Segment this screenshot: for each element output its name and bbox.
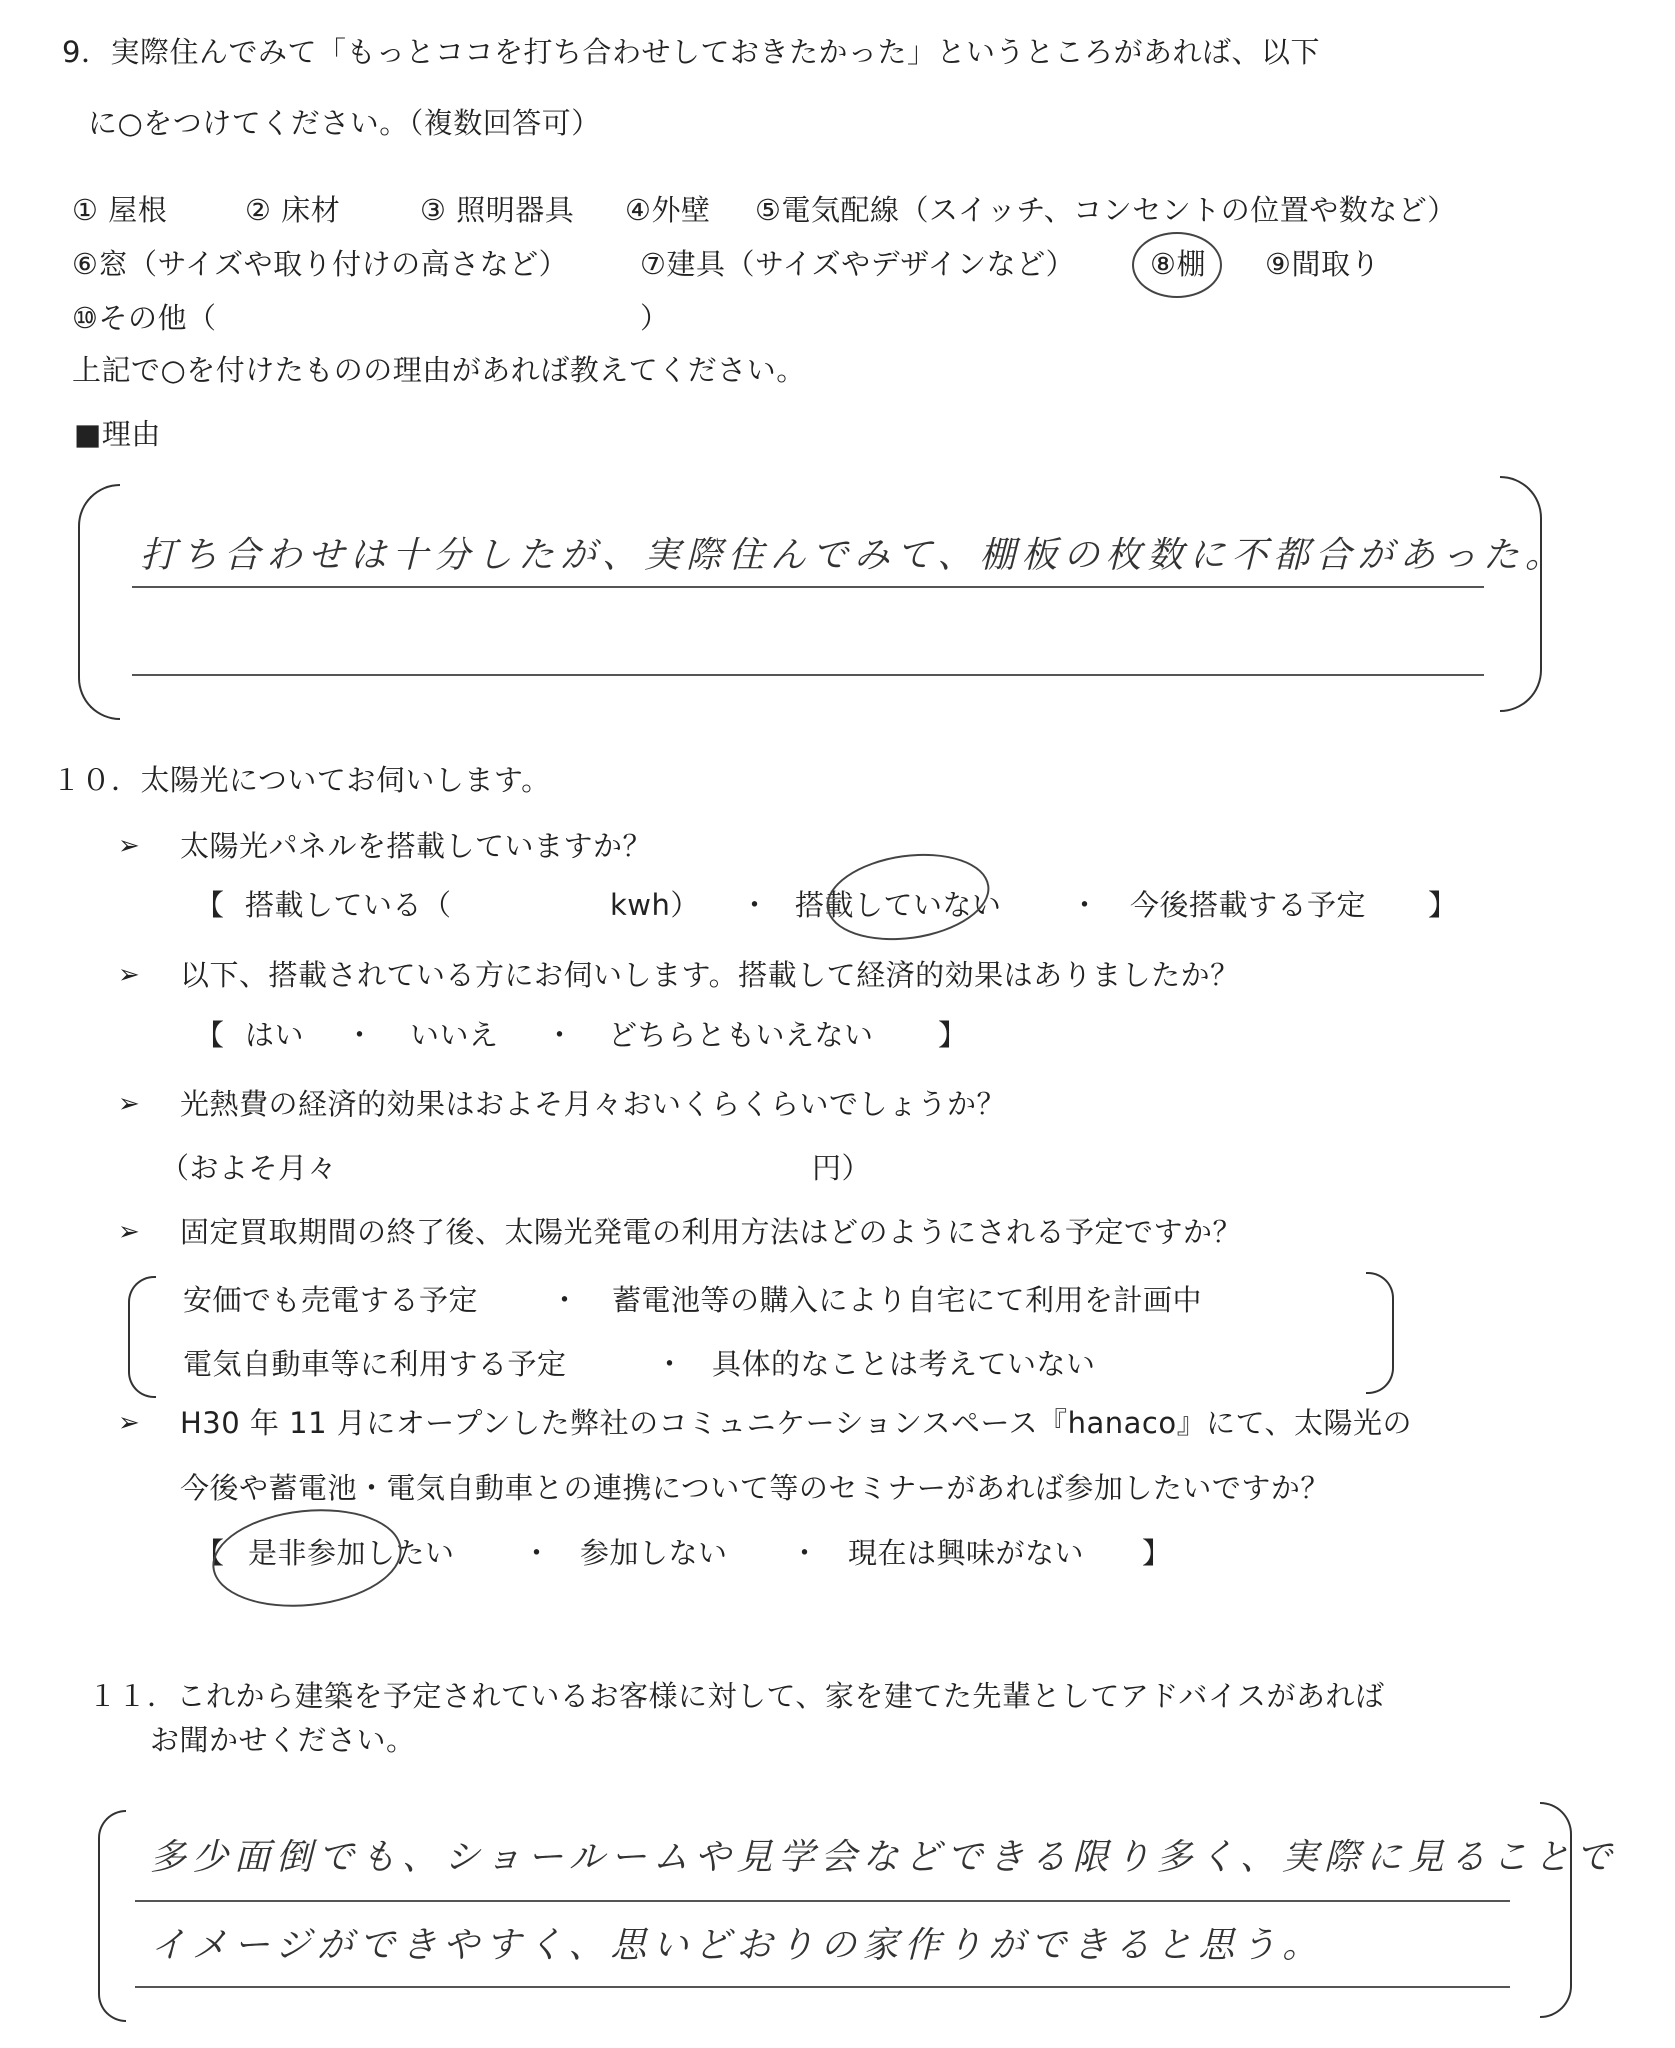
q10-sub1-kwh-unit: kwh） bbox=[610, 887, 700, 923]
q10-sub2-separator: ・ bbox=[345, 1017, 375, 1053]
q10-sub1-question: 太陽光パネルを搭載していますか？ bbox=[180, 828, 652, 864]
q9-title-line2: に○をつけてください。（複数回答可） bbox=[88, 105, 601, 141]
q10-sub3-question: 光熱費の経済的効果はおよそ月々おいくらくらいでしょうか？ bbox=[180, 1086, 1006, 1122]
q9-option-wiring[interactable]: ⑤電気配線（スイッチ、コンセントの位置や数など） bbox=[755, 192, 1457, 228]
q9-answer-bracket-right bbox=[1500, 476, 1542, 712]
q10-sub2-option-neither[interactable]: どちらともいえない bbox=[608, 1017, 874, 1053]
bullet-arrow-icon: ➢ bbox=[118, 828, 140, 864]
q10-sub2-option-yes[interactable]: はい bbox=[245, 1017, 304, 1053]
q10-sub2-bracket-close: 】 bbox=[938, 1017, 968, 1053]
q10-sub5-option-not-attend[interactable]: 参加しない bbox=[580, 1535, 728, 1571]
q9-reason-prompt: 上記で○を付けたものの理由があれば教えてください。 bbox=[72, 352, 806, 388]
q10-sub3-answer-suffix: 円） bbox=[812, 1150, 871, 1186]
q10-sub1-separator: ・ bbox=[740, 887, 770, 923]
q11-answer-rule-2 bbox=[135, 1986, 1510, 1988]
q10-sub5-option-no-interest[interactable]: 現在は興味がない bbox=[848, 1535, 1084, 1571]
q10-title: １０．太陽光についてお伺いします。 bbox=[52, 762, 551, 798]
q10-sub5-question-line1: H30 年 11 月にオープンした弊社のコミュニケーションスペース『hanaco… bbox=[180, 1405, 1412, 1441]
q9-option-other-label[interactable]: ⑩その他（ bbox=[72, 300, 217, 336]
q9-answer-line-2 bbox=[132, 674, 1484, 676]
q10-sub3-answer-prefix: （およそ月々 bbox=[160, 1150, 337, 1186]
q10-sub5-question-line2: 今後や蓄電池・電気自動車との連携について等のセミナーがあれば参加したいですか？ bbox=[180, 1470, 1330, 1506]
q11-answer-rule-1 bbox=[135, 1900, 1510, 1902]
q10-sub1-selected-circle-mark bbox=[821, 844, 995, 950]
q10-sub1-option-planned[interactable]: 今後搭載する予定 bbox=[1130, 887, 1366, 923]
bullet-arrow-icon: ➢ bbox=[118, 1405, 140, 1441]
q10-sub1-bracket-close: 】 bbox=[1428, 887, 1458, 923]
q10-sub5-selected-circle-mark bbox=[208, 1500, 407, 1615]
q10-sub4-question: 固定買取期間の終了後、太陽光発電の利用方法はどのようにされる予定ですか？ bbox=[180, 1214, 1242, 1250]
q10-sub2-question: 以下、搭載されている方にお伺いします。搭載して経済的効果はありましたか？ bbox=[180, 957, 1240, 993]
q11-title-line2: お聞かせください。 bbox=[150, 1722, 416, 1758]
q10-sub1-bracket-open: 【 bbox=[195, 887, 225, 923]
q10-sub4-option-ev[interactable]: 電気自動車等に利用する予定 bbox=[183, 1346, 567, 1382]
q9-reason-answer-line1[interactable]: 打ち合わせは十分したが、実際住んでみて、棚板の枚数に不都合があった。 bbox=[140, 534, 1567, 578]
q10-sub4-separator: ・ bbox=[550, 1282, 580, 1318]
q10-sub2-separator: ・ bbox=[545, 1017, 575, 1053]
bullet-arrow-icon: ➢ bbox=[118, 1086, 140, 1122]
bullet-arrow-icon: ➢ bbox=[118, 957, 140, 993]
q10-sub4-separator: ・ bbox=[655, 1346, 685, 1382]
q9-option-exterior-wall[interactable]: ④外壁 bbox=[625, 192, 711, 228]
bullet-arrow-icon: ➢ bbox=[118, 1214, 140, 1250]
q10-sub4-bracket-left bbox=[128, 1276, 156, 1398]
q10-sub4-bracket-right bbox=[1366, 1272, 1394, 1394]
q9-option-window[interactable]: ⑥窓（サイズや取り付けの高さなど） bbox=[72, 246, 568, 282]
q9-title-line1: 9．実際住んでみて「もっとココを打ち合わせしておきたかった」というところがあれば… bbox=[62, 34, 1320, 70]
q10-sub4-option-sell[interactable]: 安価でも売電する予定 bbox=[183, 1282, 478, 1318]
q11-answer-bracket-right bbox=[1540, 1802, 1572, 2018]
q9-selected-circle-mark bbox=[1132, 232, 1222, 298]
q9-option-floor[interactable]: ② 床材 bbox=[245, 192, 340, 228]
q9-option-layout[interactable]: ⑨間取り bbox=[1265, 246, 1380, 282]
q10-sub4-option-battery[interactable]: 蓄電池等の購入により自宅にて利用を計画中 bbox=[612, 1282, 1202, 1318]
q10-sub5-bracket-close: 】 bbox=[1142, 1535, 1172, 1571]
q10-sub3-answer-field[interactable] bbox=[380, 1150, 800, 1186]
q10-sub5-separator: ・ bbox=[522, 1535, 552, 1571]
q9-option-roof[interactable]: ① 屋根 bbox=[72, 192, 167, 228]
q10-sub2-option-no[interactable]: いいえ bbox=[410, 1017, 499, 1053]
q9-answer-line-1 bbox=[132, 586, 1484, 588]
q10-sub1-option-installed[interactable]: 搭載している（ bbox=[245, 887, 452, 923]
q11-answer-line1[interactable]: 多少面倒でも、ショールームや見学会などできる限り多く、実際に見ることで bbox=[150, 1836, 1618, 1880]
q10-sub1-separator: ・ bbox=[1070, 887, 1100, 923]
q10-sub4-option-undecided[interactable]: 具体的なことは考えていない bbox=[712, 1346, 1096, 1382]
q9-answer-bracket-left bbox=[78, 484, 120, 720]
q11-answer-bracket-left bbox=[98, 1810, 126, 2022]
q9-option-lighting[interactable]: ③ 照明器具 bbox=[420, 192, 574, 228]
q9-option-fittings[interactable]: ⑦建具（サイズやデザインなど） bbox=[640, 246, 1075, 282]
q10-sub2-bracket-open: 【 bbox=[195, 1017, 225, 1053]
q9-reason-heading: ■理由 bbox=[74, 416, 161, 452]
q10-sub5-separator: ・ bbox=[790, 1535, 820, 1571]
q9-option-other-close: ） bbox=[640, 300, 670, 336]
q11-title-line1: １１．これから建築を予定されているお客様に対して、家を建てた先輩としてアドバイス… bbox=[88, 1678, 1385, 1714]
q11-answer-line2[interactable]: イメージができやすく、思いどおりの家作りができると思う。 bbox=[150, 1924, 1324, 1968]
